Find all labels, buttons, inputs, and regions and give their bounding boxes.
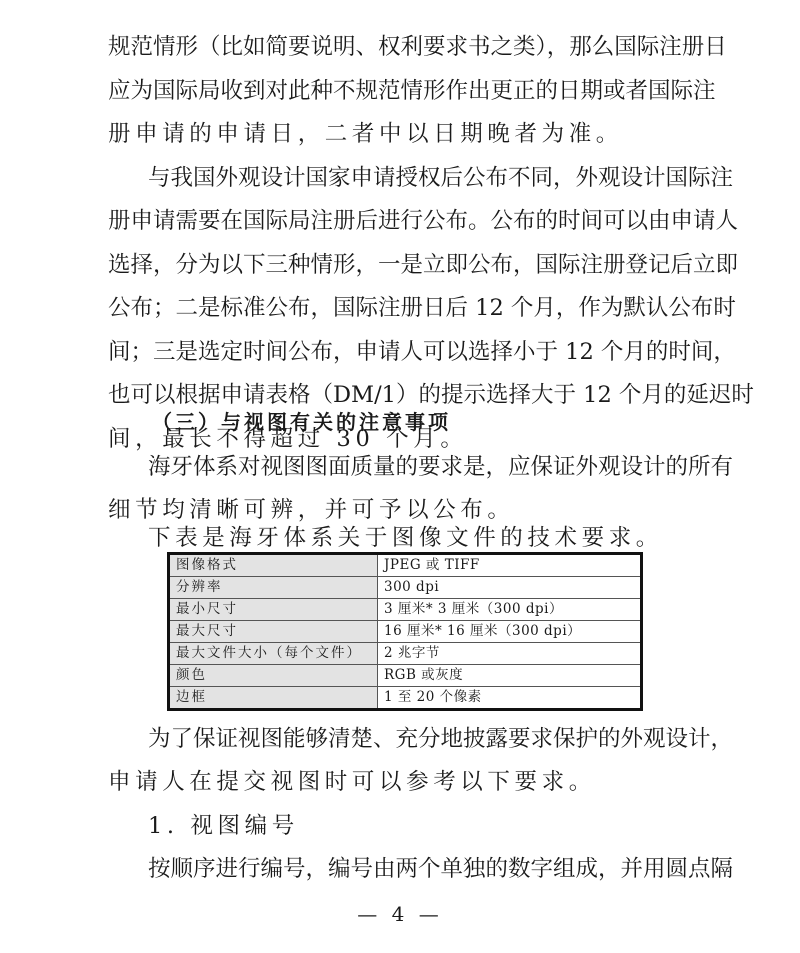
paragraph-line: 为了保证视图能够清楚、充分地披露要求保护的外观设计，: [148, 724, 700, 754]
paragraph-line: 下表是海牙体系关于图像文件的技术要求。: [148, 523, 700, 553]
page-number: — 4 —: [0, 900, 800, 928]
table-row: 最大尺寸 16 厘米* 16 厘米（300 dpi）: [169, 621, 642, 643]
table-cell-value: 16 厘米* 16 厘米（300 dpi）: [378, 621, 642, 643]
table-row: 图像格式 JPEG 或 TIFF: [169, 554, 642, 577]
paragraph-line: 海牙体系对视图图面质量的要求是，应保证外观设计的所有: [148, 452, 700, 482]
paragraph-line: 与我国外观设计国家申请授权后公布不同，外观设计国际注: [148, 163, 700, 193]
table-cell-value: 3 厘米* 3 厘米（300 dpi）: [378, 599, 642, 621]
paragraph-line: 申请人在提交视图时可以参考以下要求。: [108, 767, 700, 797]
table-cell-value: 1 至 20 个像素: [378, 687, 642, 710]
table-cell-value: 300 dpi: [378, 577, 642, 599]
table-cell-key: 图像格式: [169, 554, 378, 577]
table-row: 边框 1 至 20 个像素: [169, 687, 642, 710]
list-heading: 1. 视图编号: [148, 811, 700, 841]
table-cell-value: JPEG 或 TIFF: [378, 554, 642, 577]
paragraph-line: 按顺序进行编号，编号由两个单独的数字组成，并用圆点隔: [148, 854, 700, 884]
paragraph-line: 选择，分为以下三种情形，一是立即公布，国际注册登记后立即: [108, 250, 700, 280]
paragraph-line: 间；三是选定时间公布，申请人可以选择小于 12 个月的时间，: [108, 337, 700, 367]
table-row: 最大文件大小（每个文件） 2 兆字节: [169, 643, 642, 665]
table-cell-key: 最大尺寸: [169, 621, 378, 643]
table-cell-key: 最大文件大小（每个文件）: [169, 643, 378, 665]
table-cell-key: 边框: [169, 687, 378, 710]
paragraph-line: 公布；二是标准公布，国际注册日后 12 个月，作为默认公布时: [108, 293, 700, 323]
table-row: 颜色 RGB 或灰度: [169, 665, 642, 687]
table-row: 分辨率 300 dpi: [169, 577, 642, 599]
table-cell-value: RGB 或灰度: [378, 665, 642, 687]
table-row: 最小尺寸 3 厘米* 3 厘米（300 dpi）: [169, 599, 642, 621]
paragraph-line: 规范情形（比如简要说明、权利要求书之类），那么国际注册日: [108, 32, 700, 62]
table-cell-value: 2 兆字节: [378, 643, 642, 665]
table-cell-key: 分辨率: [169, 577, 378, 599]
paragraph-line: 册申请需要在国际局注册后进行公布。公布的时间可以由申请人: [108, 206, 700, 236]
paragraph-line: 也可以根据申请表格（DM/1）的提示选择大于 12 个月的延迟时: [108, 380, 700, 410]
table-cell-key: 最小尺寸: [169, 599, 378, 621]
image-requirements-table: 图像格式 JPEG 或 TIFF 分辨率 300 dpi 最小尺寸 3 厘米* …: [167, 552, 643, 711]
section-heading: （三）与视图有关的注意事项: [152, 407, 451, 437]
paragraph-line: 应为国际局收到对此种不规范情形作出更正的日期或者国际注: [108, 76, 700, 106]
paragraph-line: 细节均清晰可辨，并可予以公布。: [108, 495, 700, 525]
paragraph-line: 册申请的申请日，二者中以日期晚者为准。: [108, 119, 700, 149]
table-cell-key: 颜色: [169, 665, 378, 687]
